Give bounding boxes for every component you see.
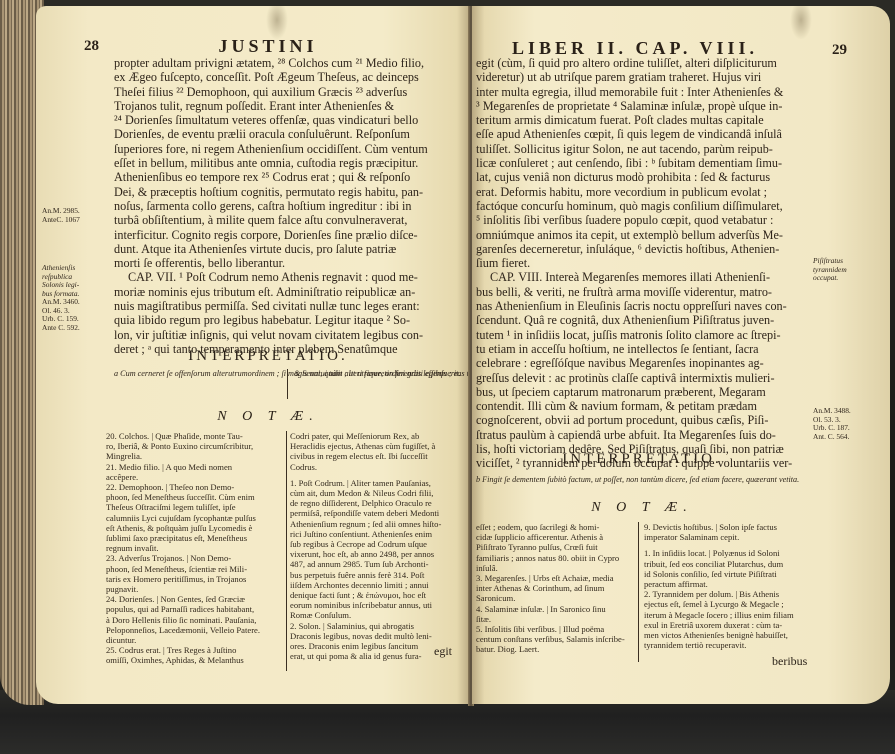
note-line: iterum à Megacle ſocero ; illius enim fi… bbox=[644, 610, 812, 620]
note-line: Romæ Conſulum. bbox=[290, 610, 466, 620]
interpretatio-line: fuerit. bbox=[441, 369, 461, 378]
interpretatio-text: b Fingit ſe dementem ſubitò factum, ut p… bbox=[476, 475, 810, 485]
notes-column-2: 9. Devictis hoſtibus. | Solon ipſe factu… bbox=[644, 522, 812, 650]
text-line: nuis magiſtratibus permiſſa. Sed civitat… bbox=[114, 299, 464, 313]
catchword: beribus bbox=[772, 654, 807, 669]
text-line: factóque concurſu hominum, quò magis con… bbox=[476, 199, 810, 213]
note-line: de regno diſſiderent, Delphico Oraculo r… bbox=[290, 498, 466, 508]
text-line: Theſei filius ²² Demophoon, qui auxilium… bbox=[114, 85, 464, 99]
text-line: greſſus delevit : ac protinùs claſſe cap… bbox=[476, 371, 810, 385]
note-line: cidæ ſupplicio afficerentur. Athenis à bbox=[476, 532, 636, 542]
note-line: ſitæ. bbox=[476, 614, 636, 624]
margin-note-line: Ant. C. 564. bbox=[813, 433, 851, 442]
text-line: inter multa egregia, illud memorabile fu… bbox=[476, 85, 810, 99]
margin-note-line: Ante C. 592. bbox=[42, 324, 80, 333]
text-line: interficitur. Cognito regis corpore, Dor… bbox=[114, 228, 464, 242]
text-line: cognoſcerent, obvii ad portum procedunt,… bbox=[476, 413, 810, 427]
text-line: bus, ut ſpeciem captarum matronarum præb… bbox=[476, 385, 810, 399]
note-line: exul in Eretriâ uxorem duxerat : cùm ta- bbox=[644, 620, 812, 630]
interpretatio-column-2: & Senatui tulit ; ut utrique, ordini gra… bbox=[294, 369, 464, 379]
text-line: tutem ¹ in inſidiis locat, juſſis matron… bbox=[476, 328, 810, 342]
text-line: eſſe apud Athenienſes cœpit, ſi quis leg… bbox=[476, 127, 810, 141]
note-line: pugnavit. bbox=[106, 584, 284, 594]
text-line: licæ conſuleret ; aut cenſendo, ſibi : ᵇ… bbox=[476, 156, 810, 170]
note-line: Codrus. bbox=[290, 462, 466, 472]
note-line: ſub regibus à Cecrope ad Codrum uſque bbox=[290, 539, 466, 549]
text-line: omniúmque animos ita cepit, ut extemplò … bbox=[476, 228, 810, 242]
text-line: tuliſſet. Sollicitus igitur Solon, ne au… bbox=[476, 142, 810, 156]
note-line: ro, Iberiâ, & Ponto Euxino circumſcribit… bbox=[106, 441, 284, 451]
interpretatio-heading: INTERPRETATIO. bbox=[66, 348, 470, 365]
interpretatio-line: erant vetita. bbox=[760, 475, 800, 484]
text-line: turbâ obſiſtentium, à milite quem falce … bbox=[114, 213, 464, 227]
note-line: 487, ad annum 2985. Tum ſub Archonti- bbox=[290, 559, 466, 569]
margin-note-line: AnteC. 1067 bbox=[42, 216, 80, 225]
note-line: 25. Codrus erat. | Tres Reges à Juſtino bbox=[106, 645, 284, 655]
text-line: ſtratus paulùm à capiendâ urbe abfuit. I… bbox=[476, 428, 810, 442]
note-line: calumniis Lyci cujuſdam ſycophantæ pulſu… bbox=[106, 513, 284, 523]
text-line: CAP. VIII. Intereà Megarenſes memores il… bbox=[476, 270, 810, 284]
note-line: rici Juſtino conſentiunt. Athenienſes en… bbox=[290, 529, 466, 539]
page-stain bbox=[266, 6, 288, 40]
margin-note-date: An.M. 3488.Ol. 53. 3.Urb. C. 187.Ant. C.… bbox=[813, 407, 851, 441]
note-line: 21. Medio filio. | A quo Medi nomen bbox=[106, 462, 284, 472]
note-line: familiaris ; annos natus 80. obiit in Cy… bbox=[476, 553, 636, 563]
note-line: tyrannidem tertiò recuperavit. bbox=[644, 640, 812, 650]
notae-heading: N O T Æ. bbox=[472, 500, 812, 516]
note-line: inter Athenas & Corinthum, ad ſinum bbox=[476, 583, 636, 593]
text-line: ⁵ inſolitis ſibi verſibus ſuadere populo… bbox=[476, 213, 810, 227]
note-line: bus perpetuis fuêre annis ferè 314. Poſt bbox=[290, 570, 466, 580]
note-line: regnum invaſit. bbox=[106, 543, 284, 553]
text-line: erat. Deformis habitu, more vecordium in… bbox=[476, 185, 810, 199]
note-line: cùm ait, dum Medon & Nileus Codri filii, bbox=[290, 488, 466, 498]
text-line: videretur) ut ab utriſque parem gratiam … bbox=[476, 70, 810, 84]
text-line: ſuperiores fore, ni regem Athenienſium o… bbox=[114, 142, 464, 156]
margin-note-pisistratus: Piſiſtratustyrannidemoccupat. bbox=[813, 257, 847, 283]
note-line: Heraclidis ejectus, Athenas cùm fugiſſet… bbox=[290, 441, 466, 451]
note-line: 4. Salaminæ inſulæ. | In Saronico ſinu bbox=[476, 604, 636, 614]
note-line: eſt Athenis, & poſtquàm juſſu Lycomedis … bbox=[106, 523, 284, 533]
note-line: Codri pater, qui Meſſeniorum Rex, ab bbox=[290, 431, 466, 441]
margin-note-line: occupat. bbox=[813, 274, 847, 283]
main-text-body: egit (cùm, ſi quid pro altero ordine tul… bbox=[476, 56, 810, 471]
note-line: Mingrelia. bbox=[106, 451, 284, 461]
margin-note-date-2: An.M. 3460.Ol. 46. 3.Urb. C. 159.Ante C.… bbox=[42, 298, 80, 332]
text-line: Athenienſibus eo tempore rex ²⁵ Codrus e… bbox=[114, 170, 464, 184]
note-line: men victos Athenienſes benignè habuiſſet… bbox=[644, 630, 812, 640]
column-divider bbox=[287, 369, 288, 399]
text-line: Dorienſes, de eventu prælii oracula conſ… bbox=[114, 127, 464, 141]
note-line: dicuntur. bbox=[106, 635, 284, 645]
note-line: inſulâ. bbox=[476, 563, 636, 573]
note-line: phoon, ſed Meneſtheus ſucceſſit. Cùm eni… bbox=[106, 492, 284, 502]
note-line: 20. Colchos. | Quæ Phaſide, monte Tau- bbox=[106, 431, 284, 441]
text-line: tu etiam in acceſſu hoſtium, ne intellec… bbox=[476, 342, 810, 356]
text-line: teritum armis dimicatum fuerat. Poſt cla… bbox=[476, 113, 810, 127]
note-line: 22. Demophoon. | Theſeo non Demo- bbox=[106, 482, 284, 492]
note-line: taris ex Homero peritiſſimus, in Trojano… bbox=[106, 574, 284, 584]
interpretatio-heading: INTERPRETATIO. bbox=[472, 451, 812, 468]
column-divider bbox=[286, 431, 287, 671]
notes-column-1: 20. Colchos. | Quæ Phaſide, monte Tau-ro… bbox=[106, 431, 284, 666]
note-line: 2. Solon. | Salaminius, qui abrogatis bbox=[290, 621, 466, 631]
note-line: permiſsâ, reſpondiſſe vatem deberi Medon… bbox=[290, 508, 466, 518]
catchword: egit bbox=[434, 644, 452, 659]
note-line: Draconis legibus, novas dedit multò leni… bbox=[290, 631, 466, 641]
note-line: Peloponneſios, Lacedæmonii, Velleio Pate… bbox=[106, 625, 284, 635]
notes-column-1: eſſet ; eodem, quo ſacrilegi & homi-cidæ… bbox=[476, 522, 636, 655]
column-divider bbox=[638, 522, 639, 662]
text-line: CAP. VII. ¹ Poſt Codrum nemo Athenis reg… bbox=[114, 270, 464, 284]
text-line: bus belli, & veriti, ne fruſtrà arma mov… bbox=[476, 285, 810, 299]
text-line: lon, vir juſtitiæ inſignis, qui velut no… bbox=[114, 328, 464, 342]
text-line: nas Athenienſium in Eleuſinis ſacris noc… bbox=[476, 299, 810, 313]
text-line: propter adultam privigni ætatem, ²⁸ Colc… bbox=[114, 56, 464, 70]
text-line: ſium fieret. bbox=[476, 256, 810, 270]
note-line: populus, qui ad Parnaſſi radices habitab… bbox=[106, 604, 284, 614]
note-line: centum conſtans verſibus, Salamis inſcri… bbox=[476, 634, 636, 644]
right-page: LIBER II. CAP. VIII. 29 egit (cùm, ſi qu… bbox=[472, 6, 890, 704]
note-line: 9. Devictis hoſtibus. | Solon ipſe factu… bbox=[644, 522, 812, 532]
note-line: phoon, ſed Meneſtheus, ſcientiæ rei Mili… bbox=[106, 564, 284, 574]
note-line: 24. Dorienſes. | Non Gentes, ſed Græciæ bbox=[106, 594, 284, 604]
note-line: peractum affirmat. bbox=[644, 579, 812, 589]
text-line: morti ſe offerentis, bello liberantur. bbox=[114, 256, 464, 270]
note-line: 5. Inſolitis ſibi verſibus. | Illud poëm… bbox=[476, 624, 636, 634]
note-line: 1. In inſidiis locat. | Polyænus id Solo… bbox=[644, 548, 812, 558]
interpretatio-column-1: a Cum cerneret ſe offenſorum alterutrumo… bbox=[114, 369, 284, 379]
page-number: 29 bbox=[832, 42, 847, 59]
note-line: 3. Megarenſes. | Urbs eſt Achaiæ, media bbox=[476, 573, 636, 583]
interpretatio-line: a Cum cerneret ſe offenſorum alterutrum bbox=[114, 369, 248, 378]
interpretatio-line: b Fingit ſe dementem ſubitò factum, ut p… bbox=[476, 475, 760, 484]
text-line: ³ Megarenſes de proprietate ⁴ Salaminæ i… bbox=[476, 99, 810, 113]
note-line: Saronicum. bbox=[476, 593, 636, 603]
text-line: ex Ægeo fuſcepto, conceſſit. Poſt Ægeum … bbox=[114, 70, 464, 84]
text-line: contendit. Illi cùm & navium formam, & p… bbox=[476, 399, 810, 413]
note-line: id Solonis conſilio, ſed virtute Piſiſtr… bbox=[644, 569, 812, 579]
note-line: vixerunt, hoc eſt, ab anno 2498, per ann… bbox=[290, 549, 466, 559]
note-line: civibus in regem electus eſt. Ibi ſucceſ… bbox=[290, 451, 466, 461]
note-line: 2. Tyrannidem per dolum. | Bis Athenis bbox=[644, 589, 812, 599]
text-line: dunt. Atque ita Athenienſes virtute duci… bbox=[114, 242, 464, 256]
text-line: Dei, & præceptis hoſtium cognitis, permu… bbox=[114, 185, 464, 199]
text-line: garenſes decerneretur, inſuláque, ⁶ devi… bbox=[476, 242, 810, 256]
text-line: egit (cùm, ſi quid pro altero ordine tul… bbox=[476, 56, 810, 70]
note-line: Athenienſium regnum ; ſed alii omnes hiſ… bbox=[290, 519, 466, 529]
text-line: quia libido regum pro legibus habebatur.… bbox=[114, 313, 464, 327]
running-head: JUSTINI bbox=[36, 36, 470, 57]
note-line: ejectus eſt, ſemel à Lycurgo & Megacle ; bbox=[644, 599, 812, 609]
text-line: Trojanos tulit, regnum poſſedit. Erant i… bbox=[114, 99, 464, 113]
interpretatio-text: a Cum cerneret ſe offenſorum alterutrumo… bbox=[114, 369, 464, 401]
notes-column-2: Codri pater, qui Meſſeniorum Rex, abHera… bbox=[290, 431, 466, 661]
note-line: accêpere. bbox=[106, 472, 284, 482]
margin-note-date-1: An.M. 2985.AnteC. 1067 bbox=[42, 207, 80, 224]
note-line: tribuit, ſed eos conciliat Plutarchus, d… bbox=[644, 559, 812, 569]
text-line: lat, cujus veniâ non dicturus modò prohi… bbox=[476, 170, 810, 184]
text-line: ²⁴ Dorienſes ſimultatum veteres offenſæ,… bbox=[114, 113, 464, 127]
note-line: denique facti ſunt ; & ἐπώνυμοι, hoc eſt bbox=[290, 590, 466, 600]
note-line: Theſeus Oſtraciſmi legem tuliſſet, ipſe bbox=[106, 502, 284, 512]
note-line: Piſiſtrato Tyranno pulſus, Crœſi fuit bbox=[476, 542, 636, 552]
note-line: 23. Adverſus Trojanos. | Non Demo- bbox=[106, 553, 284, 563]
note-line: eſſet ; eodem, quo ſacrilegi & homi- bbox=[476, 522, 636, 532]
note-line: 1. Poſt Codrum. | Aliter tamen Pauſanias… bbox=[290, 478, 466, 488]
text-line: ſcendunt. Quâ re cognitâ, dux Athenienſi… bbox=[476, 313, 810, 327]
note-line: omiſſi, Oximhes, Aphidas, & Melanthus bbox=[106, 655, 284, 665]
note-line: à Doro Hellenis filio ſic nominati. Pauſ… bbox=[106, 615, 284, 625]
page-stain bbox=[790, 6, 812, 40]
text-line: eſſet in bellum, militibus ante omnia, c… bbox=[114, 156, 464, 170]
margin-note-solon-laws: AthenienſisreſpublicaSolonis legi-bus fo… bbox=[42, 264, 79, 298]
note-line: eorum nominibus inſcribebatur annus, uti bbox=[290, 600, 466, 610]
scanned-book-spread: 28 JUSTINI propter adultam privigni ætat… bbox=[0, 0, 895, 754]
text-line: moriæ nominis ejus tributum eſt. Adminiſ… bbox=[114, 285, 464, 299]
interpretatio-line: & Senatui tulit ; ut utrique, ordini gra… bbox=[294, 369, 441, 378]
note-line: ſublimi ſaxo præcipitatus eſt, Meneſtheu… bbox=[106, 533, 284, 543]
note-line: iiſdem Archontes decennio limiti ; annui bbox=[290, 580, 466, 590]
main-text-body: propter adultam privigni ætatem, ²⁸ Colc… bbox=[114, 56, 464, 356]
left-page: 28 JUSTINI propter adultam privigni ætat… bbox=[36, 6, 470, 704]
note-line: imperator Salaminam cepit. bbox=[644, 532, 812, 542]
text-line: celebrare : egreſſóſque navibus Megarenſ… bbox=[476, 356, 810, 370]
note-line: batur. Diog. Laert. bbox=[476, 644, 636, 654]
notae-heading: N O T Æ. bbox=[66, 409, 470, 425]
text-line: noſus, ſarmenta collo gerens, caſtra hoſ… bbox=[114, 199, 464, 213]
